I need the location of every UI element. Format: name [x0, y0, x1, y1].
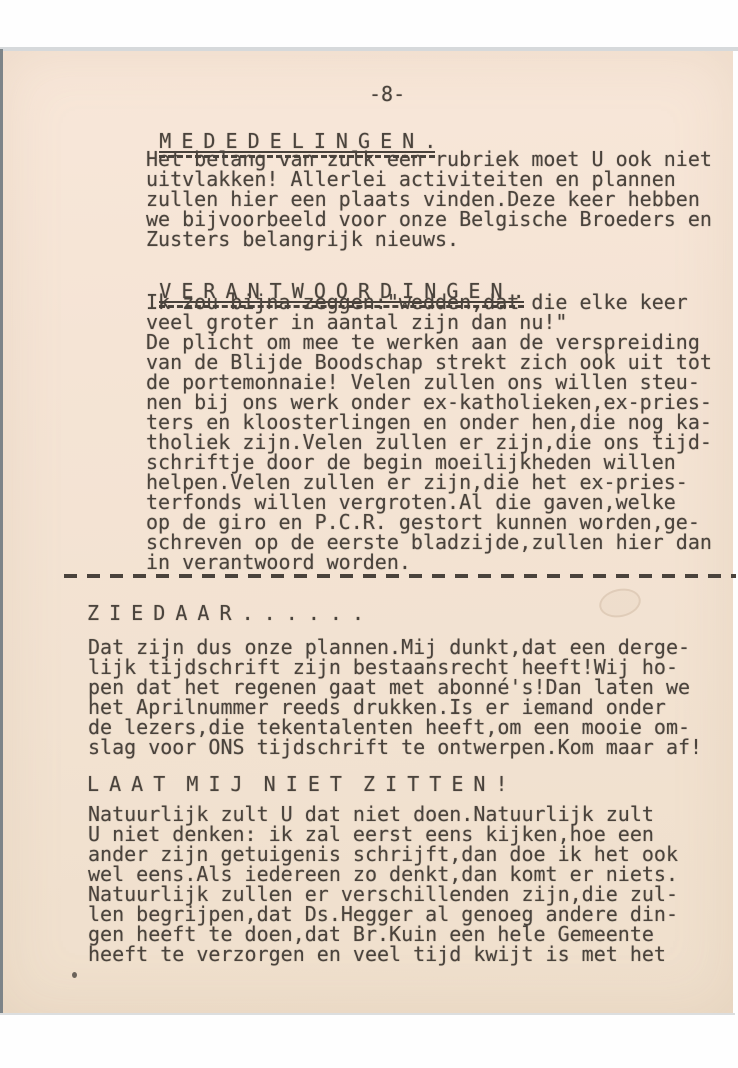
section-body-laat-mij-niet-zitten: Natuurlijk zult U dat niet doen.Natuurli… [88, 804, 678, 964]
document-page: -8- M E D E D E L I N G E N . Het belang… [3, 51, 733, 1013]
pencil-smudge [597, 585, 644, 621]
ink-speck [72, 972, 77, 978]
section-body-verantwoordingen: Ik zou bijna zeggen:"wedden,dat die elke… [146, 292, 712, 572]
section-heading-laat-mij-niet-zitten: L A A T M I J N I E T Z I T T E N ! [87, 774, 507, 794]
section-body-ziedaar: Dat zijn dus onze plannen.Mij dunkt,dat … [88, 637, 702, 757]
dashed-divider [64, 574, 736, 578]
scan-background: -8- M E D E D E L I N G E N . Het belang… [0, 0, 738, 1068]
section-body-mededelingen: Het belang van zulk een rubriek moet U o… [146, 149, 712, 249]
page-number: -8- [369, 84, 405, 104]
section-heading-ziedaar: Z I E D A A R . . . . . . [87, 603, 363, 623]
paper-bottom-edge [0, 1013, 735, 1015]
